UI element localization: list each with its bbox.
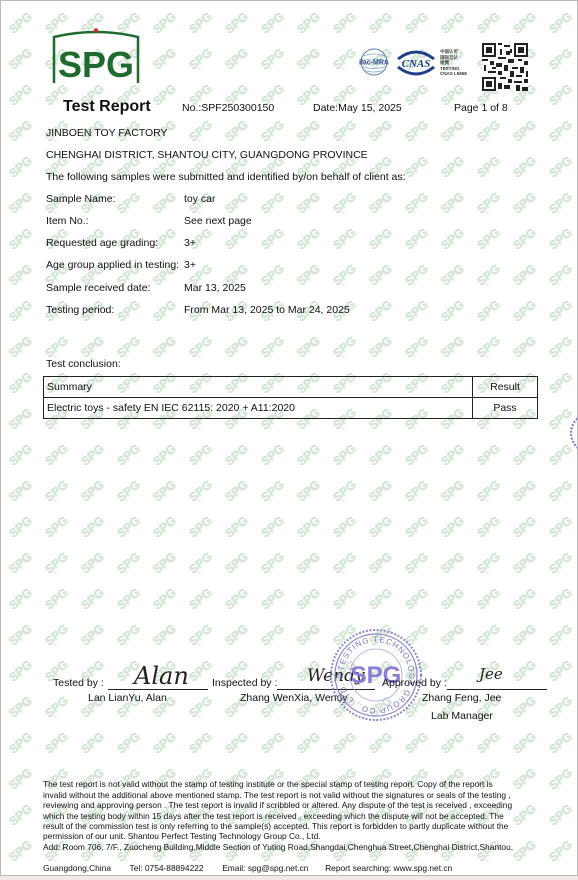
contact-location: Guangdong,China [43, 863, 111, 873]
client-name: JINBOEN TOY FACTORY [46, 127, 168, 139]
contact-email[interactable]: Email: spg@spg.net.cn [222, 863, 308, 873]
svg-text:SPG: SPG [58, 44, 134, 85]
approved-by-line [447, 689, 547, 690]
sample-label: Requested age grading: [46, 237, 158, 249]
summary-cell: Electric toys - safety EN IEC 62115: 202… [44, 398, 473, 419]
tested-by-label: Tested by : [53, 677, 104, 689]
spg-logo: SPG [51, 27, 141, 85]
sample-value: 3+ [184, 259, 196, 271]
tested-by-line [108, 689, 208, 690]
qr-code-icon[interactable] [482, 43, 528, 91]
ilac-mra-icon: ilac-MRA [357, 47, 391, 77]
contact-tel: Tel: 0754-88894222 [130, 863, 204, 873]
sample-label: Sample Name: [46, 193, 115, 205]
report-page: SPG SPG ilac-MRA CNAS 中国认可 国际互认 检测 TESTI… [0, 0, 578, 876]
cnas-caption: 中国认可 国际互认 检测 TESTING CNAS L5958 [440, 49, 467, 77]
seam-stamp-fragment [569, 411, 578, 456]
report-search-link[interactable]: Report searching: www.spg.net.cn [325, 863, 452, 873]
approved-by-name: Zhang Feng, Jee [422, 692, 501, 704]
tested-by-name: Lan LianYu, Alan [88, 692, 167, 704]
report-title: Test Report [63, 98, 151, 116]
sample-label: Age group applied in testing: [46, 259, 179, 271]
conclusion-label: Test conclusion: [46, 358, 121, 370]
sample-label: Item No.: [46, 215, 89, 227]
disclaimer-text: The test report is not valid without the… [43, 779, 543, 852]
approved-by-title: Lab Manager [431, 710, 493, 722]
cnas-icon: CNAS [395, 49, 437, 77]
company-seal-stamp: TESTING TECHNOLOGY GROUP CO., LTD. PERFE… [328, 627, 424, 723]
svg-text:CNAS: CNAS [402, 58, 431, 70]
sample-value: See next page [184, 215, 252, 227]
result-header: Result [473, 377, 538, 398]
report-number: No.:SPF250300150 [182, 102, 274, 114]
inspected-by-label: Inspected by : [212, 677, 277, 689]
page-indicator: Page 1 of 8 [454, 102, 508, 114]
approved-by-signature: Jee [479, 665, 503, 683]
sample-value: toy car [184, 193, 216, 205]
report-date: Date:May 15, 2025 [313, 102, 402, 114]
contact-line: Guangdong,China Tel: 0754-88894222 Email… [43, 863, 543, 873]
sample-label: Sample received date: [46, 282, 150, 294]
sample-label: Testing period: [46, 304, 114, 316]
svg-text:ilac-MRA: ilac-MRA [359, 60, 389, 67]
client-address: CHENGHAI DISTRICT, SHANTOU CITY, GUANGDO… [46, 149, 368, 161]
tested-by-signature: Alan [134, 662, 189, 690]
table-row: Electric toys - safety EN IEC 62115: 202… [44, 398, 538, 419]
sample-value: 3+ [184, 237, 196, 249]
conclusion-table: Summary Result Electric toys - safety EN… [43, 376, 538, 419]
table-header-row: Summary Result [44, 377, 538, 398]
approved-by-label: Approved by : [382, 677, 447, 689]
client-intro: The following samples were submitted and… [46, 171, 406, 183]
result-cell: Pass [473, 398, 538, 419]
sample-value: Mar 13, 2025 [184, 282, 246, 294]
summary-header: Summary [44, 377, 473, 398]
footer-disclaimer: The test report is not valid without the… [43, 769, 543, 876]
sample-value: From Mar 13, 2025 to Mar 24, 2025 [184, 304, 350, 316]
